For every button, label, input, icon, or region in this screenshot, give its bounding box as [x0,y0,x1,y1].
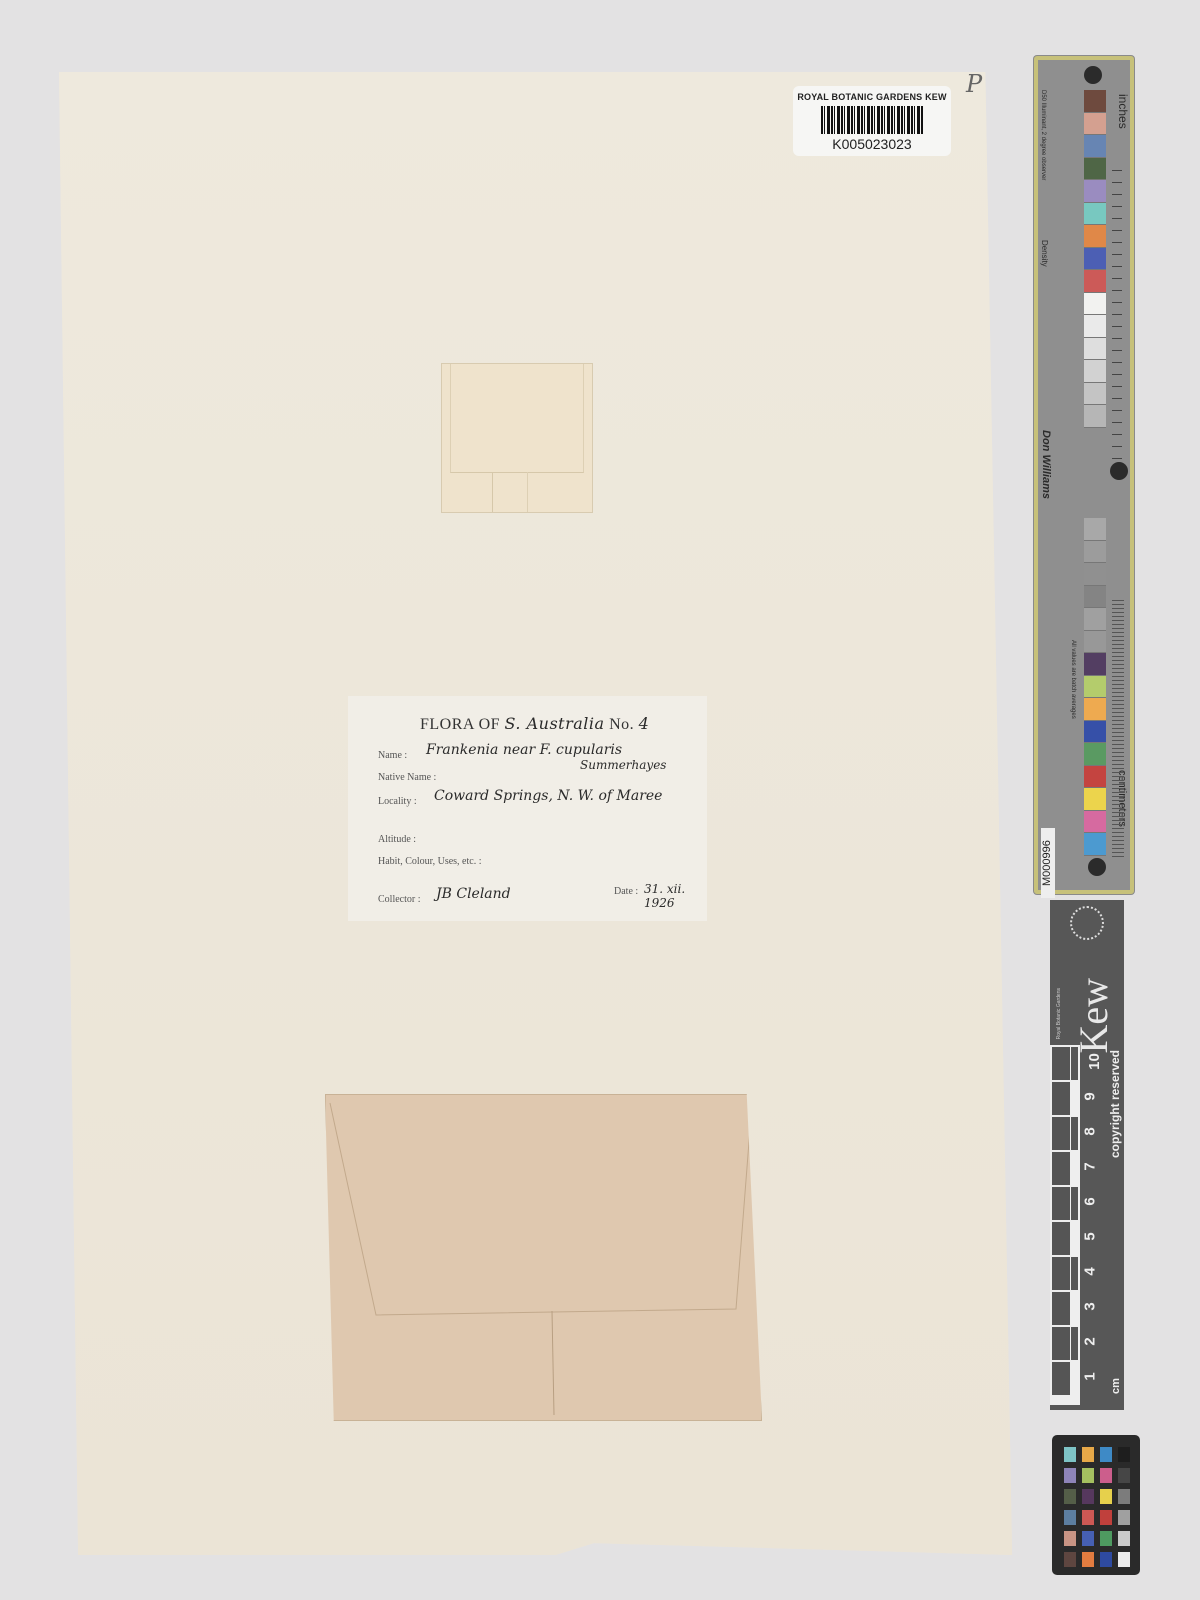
unit-cm: cm [1110,1378,1122,1394]
color-swatch [1064,1468,1076,1483]
bar-hole [1084,66,1102,84]
color-swatch [1118,1552,1130,1567]
color-patch [1084,721,1106,744]
barcode-label: ROYAL BOTANIC GARDENS KEW K005023023 [793,86,951,156]
collector-value: JB Cleland [436,886,511,902]
inch-scale [1112,170,1122,470]
color-patch [1084,203,1106,226]
scale-block [1052,1047,1070,1080]
color-patch [1084,811,1106,834]
institution-name: ROYAL BOTANIC GARDENS KEW [793,92,951,102]
copyright-text: copyright reserved [1108,1050,1122,1158]
cm-scale [1112,600,1124,860]
color-swatch [1064,1489,1076,1504]
color-swatch [1082,1531,1094,1546]
locality-label: Locality : [378,796,417,807]
color-patch [1084,833,1106,856]
title-printed: FLORA OF [420,716,500,733]
color-swatch [1064,1552,1076,1567]
scale-tick-label: 1 [1082,1372,1099,1380]
barcode-id: K005023023 [793,136,951,152]
crest-icon [1070,906,1104,940]
color-patch [1084,541,1106,564]
color-swatch [1118,1510,1130,1525]
scale-block [1071,1047,1078,1080]
scale-tick-label: 10 [1086,1053,1103,1070]
gray-and-color-patches [1084,518,1106,856]
name-label: Name : [378,750,407,761]
brand-name: Don Williams [1040,430,1052,499]
color-patch [1084,766,1106,789]
color-patch [1084,608,1106,631]
scale-block [1052,1152,1070,1185]
cm-scale-blocks [1050,1045,1080,1405]
color-calibration-bar: inches centimeters Don Williams Density … [1034,56,1134,894]
packet-flap [450,364,584,473]
scale-tick-label: 7 [1082,1162,1099,1170]
color-patch [1084,270,1106,293]
small-specimen-packet [441,363,593,513]
altitude-label: Altitude : [378,834,416,845]
color-patch [1084,698,1106,721]
color-patch [1084,338,1106,361]
color-swatch [1082,1552,1094,1567]
color-patch [1084,653,1106,676]
color-swatch [1100,1510,1112,1525]
color-swatch [1100,1531,1112,1546]
scale-tick-label: 3 [1082,1302,1099,1310]
color-patch [1084,113,1106,136]
collector-label: Collector : [378,894,421,905]
color-patch [1084,788,1106,811]
date-label: Date : [614,886,638,897]
kew-subtitle: Royal Botanic Gardens [1056,988,1062,1039]
kew-scale-bar: Royal Botanic Gardens Kew copyright rese… [1050,900,1124,1410]
sheet-annotation: P [966,70,982,98]
scale-block [1052,1362,1070,1395]
packet-fold [492,472,493,512]
scale-tick-label: 6 [1082,1197,1099,1205]
color-patch [1084,586,1106,609]
color-patch [1084,518,1106,541]
color-swatch [1100,1447,1112,1462]
number-label: No. [609,716,634,733]
locality-value: Coward Springs, N. W. of Maree [434,788,662,804]
name-value: Frankenia near F. cupularis [426,742,622,758]
batch-note: All values are batch averages [1070,640,1076,719]
native-name-label: Native Name : [378,772,436,783]
color-patch [1084,158,1106,181]
scale-tick-label: 4 [1082,1267,1099,1275]
color-swatch [1118,1468,1130,1483]
scale-tick-label: 2 [1082,1337,1099,1345]
scale-block [1071,1257,1078,1290]
barcode-icon [821,106,923,134]
illuminant-note: D50 Illuminant, 2 degree observer [1040,90,1046,180]
color-patch [1084,225,1106,248]
color-swatch [1100,1552,1112,1567]
color-swatch [1100,1489,1112,1504]
color-patch [1084,315,1106,338]
scale-block [1052,1327,1070,1360]
density-label: Density [1040,240,1049,267]
kew-logo: Kew [1070,978,1117,1054]
scale-block [1071,1117,1078,1150]
envelope-fold-lines [326,1095,761,1420]
color-swatch [1064,1531,1076,1546]
color-patch [1084,743,1106,766]
color-patch [1084,90,1106,113]
specimen-envelope [325,1094,762,1421]
color-swatch [1082,1510,1094,1525]
color-patch [1084,383,1106,406]
units-inches: inches [1116,94,1130,129]
color-patch [1084,563,1106,586]
serial-number: M000996 [1041,828,1055,898]
scale-block [1052,1082,1070,1115]
scale-block [1052,1292,1070,1325]
color-patch [1084,248,1106,271]
name-annotation: Summerhayes [580,758,666,772]
specimen-label: FLORA OF S. Australia No. 4 Name : Frank… [348,696,707,921]
scale-block [1071,1327,1078,1360]
color-swatch [1082,1489,1094,1504]
scale-tick-label: 9 [1082,1092,1099,1100]
color-swatch [1118,1489,1130,1504]
color-swatch [1064,1510,1076,1525]
scale-block [1052,1257,1070,1290]
color-swatch [1100,1468,1112,1483]
scale-tick-label: 5 [1082,1232,1099,1240]
color-swatch [1118,1531,1130,1546]
color-patch [1084,676,1106,699]
habit-label: Habit, Colour, Uses, etc. : [378,856,481,867]
color-patches [1084,90,1106,428]
color-patch [1084,180,1106,203]
color-checker-card [1052,1435,1140,1575]
scale-block [1052,1187,1070,1220]
label-title: FLORA OF S. Australia No. 4 [420,714,649,734]
color-patch [1084,631,1106,654]
color-swatch [1082,1447,1094,1462]
date-value: 31. xii. 1926 [644,882,707,910]
scale-tick-label: 8 [1082,1127,1099,1135]
scale-block [1052,1117,1070,1150]
color-patch [1084,293,1106,316]
scale-block [1052,1222,1070,1255]
scale-block [1071,1187,1078,1220]
title-region: S. Australia [505,714,605,733]
color-patch [1084,360,1106,383]
bar-hole [1088,858,1106,876]
color-patch [1084,405,1106,428]
color-swatch [1118,1447,1130,1462]
number-value: 4 [639,714,650,733]
color-patch [1084,135,1106,158]
color-swatch [1064,1447,1076,1462]
packet-fold [527,472,528,512]
color-swatch [1082,1468,1094,1483]
